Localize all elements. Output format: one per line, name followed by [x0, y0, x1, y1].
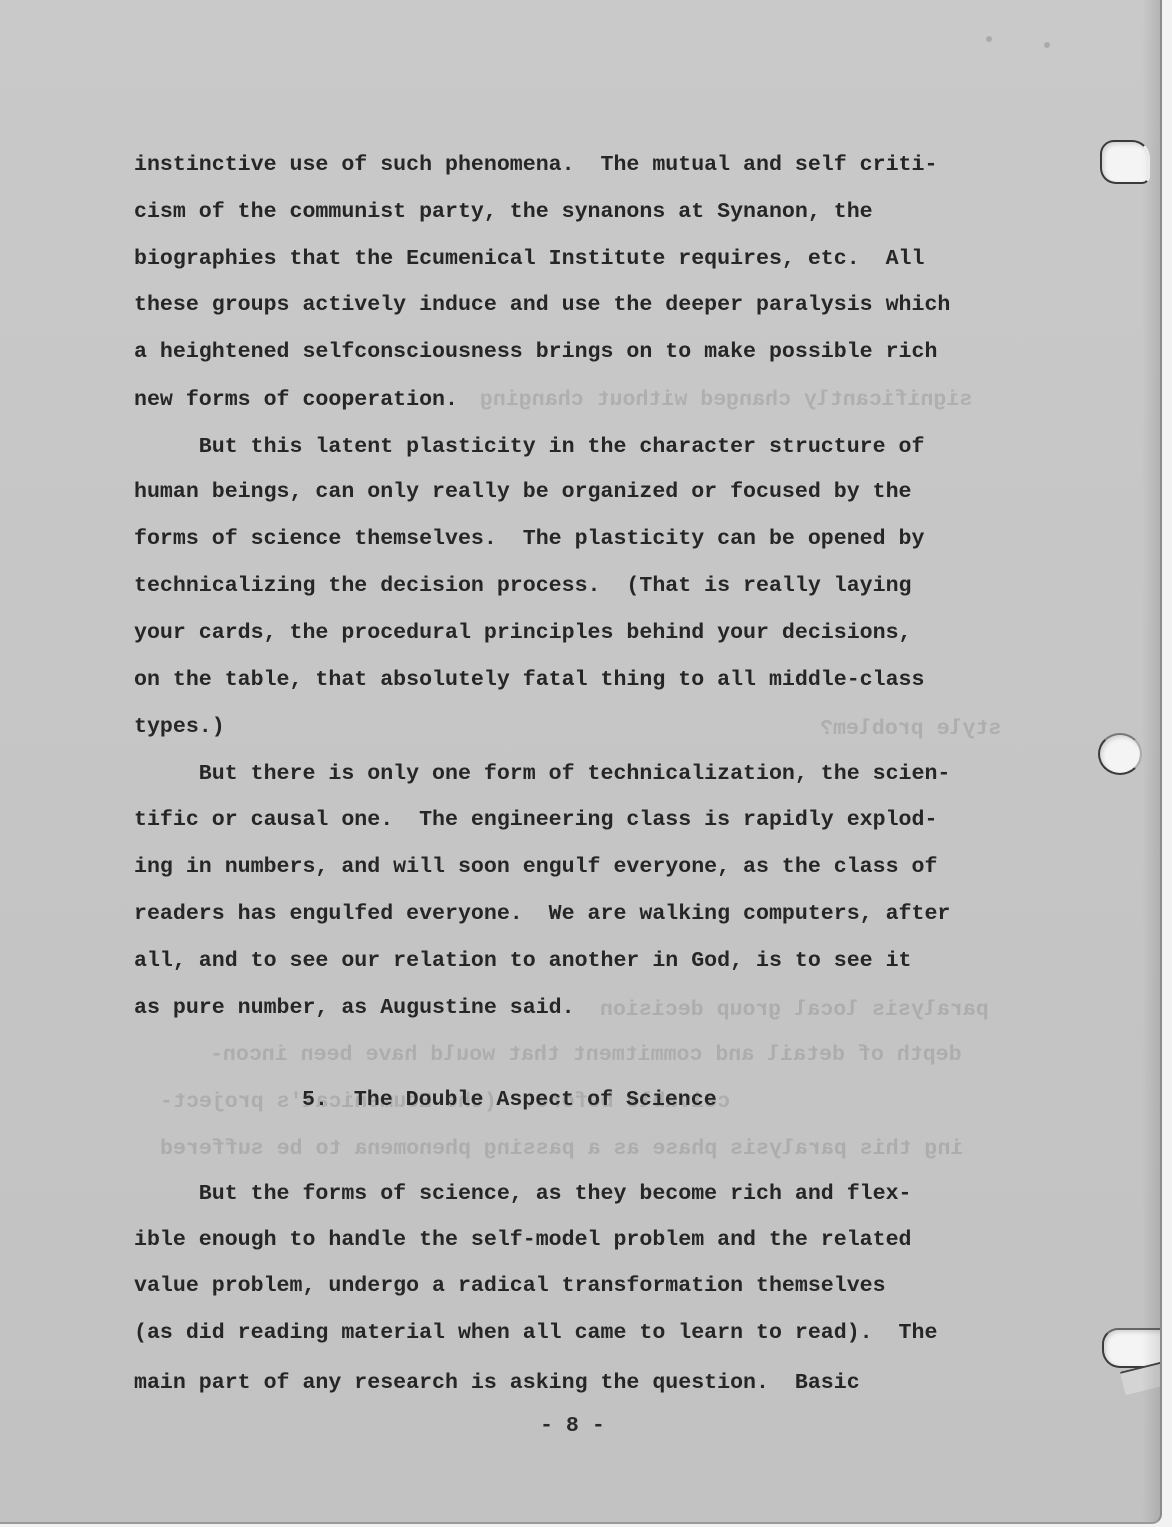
text-line: as pure number, as Augustine said.	[134, 993, 575, 1023]
bleed-through-text: significantly changed without changing	[480, 385, 972, 415]
text-line: your cards, the procedural principles be…	[134, 618, 912, 648]
text-line: new forms of cooperation.	[134, 385, 458, 415]
text-line: But the forms of science, as they become…	[134, 1179, 912, 1209]
text-line: these groups actively induce and use the…	[134, 290, 950, 320]
text-line: But there is only one form of technicali…	[134, 759, 950, 789]
text-line: human beings, can only really be organiz…	[134, 477, 912, 507]
text-line: (as did reading material when all came t…	[134, 1318, 937, 1348]
torn-punch-hole-icon	[1102, 1328, 1162, 1368]
section-heading: 5. The Double Aspect of Science	[302, 1085, 717, 1115]
text-line: instinctive use of such phenomena. The m…	[134, 150, 937, 180]
text-line: ible enough to handle the self-model pro…	[134, 1225, 912, 1255]
document-page: significantly changed without changing s…	[0, 0, 1162, 1524]
text-line: value problem, undergo a radical transfo…	[134, 1271, 886, 1301]
paper-speck	[1044, 42, 1050, 48]
text-line: forms of science themselves. The plastic…	[134, 524, 924, 554]
bleed-through-text: paralysis local group decision	[600, 995, 989, 1025]
text-line: tific or causal one. The engineering cla…	[134, 805, 937, 835]
text-line: a heightened selfconsciousness brings on…	[134, 337, 937, 367]
punch-hole-icon	[1100, 140, 1150, 184]
text-line: ing in numbers, and will soon engulf eve…	[134, 852, 937, 882]
text-line: types.)	[134, 712, 225, 742]
text-line: technicalizing the decision process. (Th…	[134, 571, 912, 601]
text-line: on the table, that absolutely fatal thin…	[134, 665, 924, 695]
bleed-through-text: style problem?	[820, 714, 1001, 744]
page-number: - 8 -	[540, 1414, 605, 1438]
text-line: main part of any research is asking the …	[134, 1368, 860, 1398]
text-line: But this latent plasticity in the charac…	[134, 432, 924, 462]
bleed-through-text: depth of detail and commitment that woul…	[210, 1040, 962, 1070]
text-line: all, and to see our relation to another …	[134, 946, 912, 976]
text-line: readers has engulfed everyone. We are wa…	[134, 899, 950, 929]
bleed-through-text: ing this paralysis phase as a passing ph…	[160, 1134, 963, 1164]
punch-hole-icon	[1098, 733, 1142, 775]
text-line: cism of the communist party, the synanon…	[134, 197, 873, 227]
text-line: biographies that the Ecumenical Institut…	[134, 244, 924, 274]
paper-speck	[986, 36, 992, 42]
